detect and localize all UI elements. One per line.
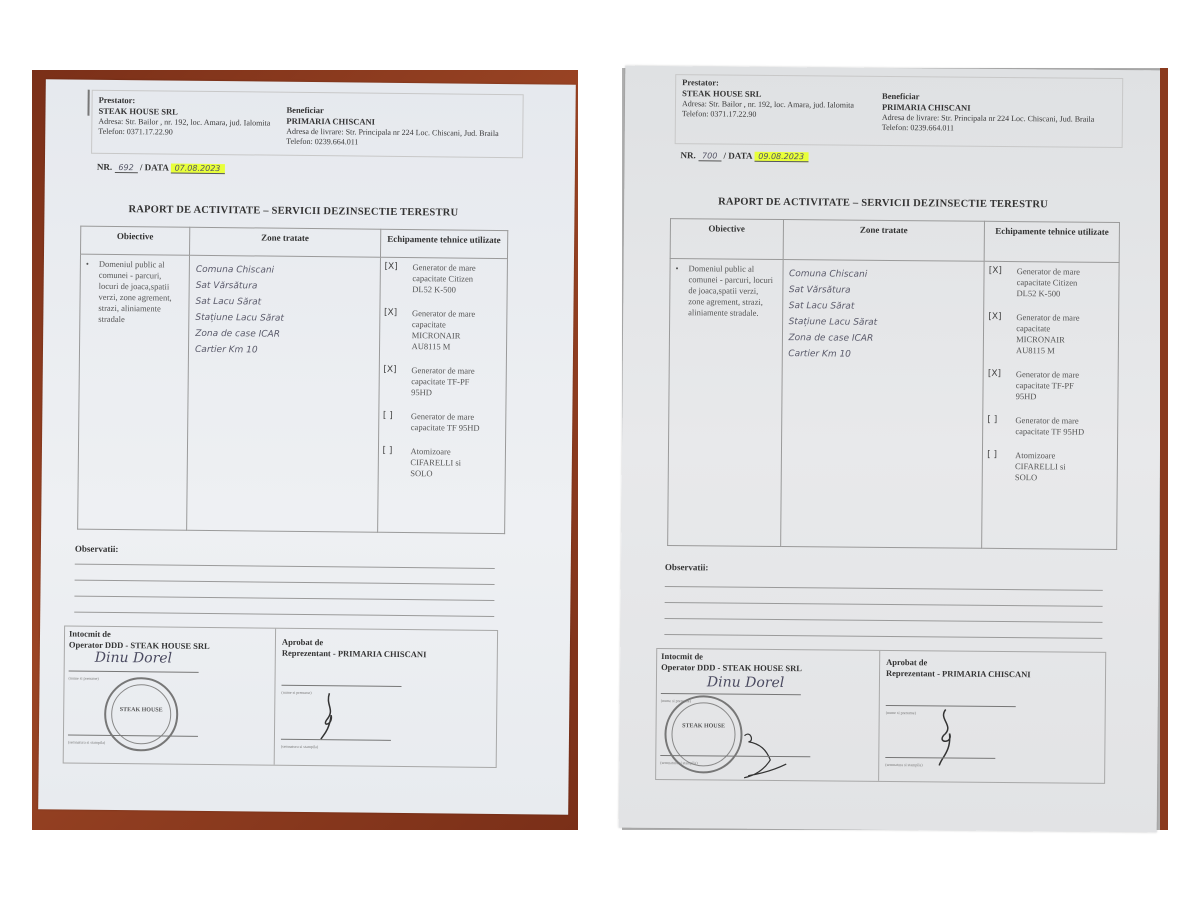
zone-item: Sat Vărsătura xyxy=(789,282,978,300)
beneficiar-heading: Beneficiar xyxy=(286,105,323,115)
equipment-label: Generator de mare capacitate TF 95HD xyxy=(411,411,481,434)
header-obiective: Obiective xyxy=(670,219,783,260)
approved-by-heading: Aprobat de xyxy=(886,657,927,667)
prepared-by-role: Operator DDD - STEAK HOUSE SRL xyxy=(661,662,802,673)
document-photo-right: Prestator: STEAK HOUSE SRL Adresa: Str. … xyxy=(622,68,1168,830)
prestator-heading: Prestator: xyxy=(99,95,136,105)
equipment-cell: [X]Generator de mare capacitate Citizen … xyxy=(982,261,1119,549)
beneficiar-name: PRIMARIA CHISCANI xyxy=(286,116,375,127)
report-number-line: NR. 692 / DATA 07.08.2023 xyxy=(97,162,225,173)
checkbox-mark: [ ] xyxy=(382,446,410,479)
date-value-highlighted: 07.08.2023 xyxy=(171,164,225,175)
observatii-label: Observatii: xyxy=(75,544,119,554)
checkbox-mark: [ ] xyxy=(987,450,1015,483)
beneficiar-block: Beneficiar PRIMARIA CHISCANI Adresa de l… xyxy=(286,105,516,149)
header-echipamente: Echipamente tehnice utilizate xyxy=(984,221,1119,262)
equipment-cell: [X]Generator de mare capacitate Citizen … xyxy=(377,257,507,533)
equipment-label: Generator de mare capacitate Citizen DL5… xyxy=(412,262,482,296)
signature-scribble xyxy=(315,691,346,741)
equipment-item: [X]Generator de mare capacitate MICRONAI… xyxy=(988,312,1114,357)
header-echipamente: Echipamente tehnice utilizate xyxy=(380,229,508,258)
zone-item: Cartier Km 10 xyxy=(195,342,373,360)
activity-table: Obiective Zone tratate Echipamente tehni… xyxy=(77,226,508,534)
beneficiar-phone: Telefon: 0239.664.011 xyxy=(882,123,954,133)
header-box: Prestator: STEAK HOUSE SRL Adresa: Str. … xyxy=(91,90,524,159)
prestator-address: Adresa: Str. Bailor , nr. 192, loc. Amar… xyxy=(682,99,854,110)
equipment-item: [X]Generator de mare capacitate TF-PF 95… xyxy=(988,369,1114,403)
checkbox-mark: [X] xyxy=(384,262,412,295)
observatii-line xyxy=(665,586,1103,591)
name-caption: (nume si prenume) xyxy=(281,687,311,698)
checkbox-mark: [ ] xyxy=(383,411,411,433)
report-page: Prestator: STEAK HOUSE SRL Adresa: Str. … xyxy=(38,79,576,815)
signature-caption: (semnatura si stampila) xyxy=(660,757,697,768)
nr-label: NR. xyxy=(681,150,696,160)
observatii-line xyxy=(74,596,494,601)
equipment-item: [X]Generator de mare capacitate MICRONAI… xyxy=(384,308,503,353)
objective-cell: Domeniul public al comunei - parcuri, lo… xyxy=(78,254,190,530)
equipment-label: Generator de mare capacitate TF-PF 95HD xyxy=(411,365,481,399)
checkbox-mark: [X] xyxy=(988,312,1016,356)
header-obiective: Obiective xyxy=(81,226,190,255)
header-zone-tratate: Zone tratate xyxy=(190,227,381,257)
equipment-item: [ ]Atomizoare CIFARELLI si SOLO xyxy=(987,450,1113,484)
prestator-phone: Telefon: 0371.17.22.90 xyxy=(98,127,173,137)
header-zone-tratate: Zone tratate xyxy=(783,220,985,262)
date-label: / DATA xyxy=(724,151,753,161)
company-stamp: STEAK HOUSE xyxy=(104,677,179,752)
prestator-phone: Telefon: 0371.17.22.90 xyxy=(682,109,757,119)
stamp-text: STEAK HOUSE xyxy=(106,705,176,717)
zone-item: Cartier Km 10 xyxy=(788,346,977,364)
checkbox-mark: [X] xyxy=(384,308,412,352)
approved-by-heading: Aprobat de xyxy=(282,637,323,647)
name-caption: (nume si prenume) xyxy=(886,707,916,718)
signature-caption: (semnatura si stampila) xyxy=(281,741,318,752)
objective-cell: Domeniul public al comunei - parcuri, lo… xyxy=(668,259,783,547)
header-box: Prestator: STEAK HOUSE SRL Adresa: Str. … xyxy=(675,74,1124,148)
handwritten-name: Dinu Dorel xyxy=(707,677,784,689)
prestator-name: STEAK HOUSE SRL xyxy=(98,106,177,117)
prepared-by-heading: Intocmit de xyxy=(69,629,111,639)
checkbox-mark: [X] xyxy=(988,369,1016,402)
equipment-label: Generator de mare capacitate TF-PF 95HD xyxy=(1016,369,1086,403)
surface-edge xyxy=(1160,68,1168,830)
observatii-line xyxy=(664,634,1102,639)
name-caption: (nume si prenume) xyxy=(69,673,99,684)
zone-item: Comuna Chiscani xyxy=(196,262,374,280)
signature-box: Intocmit de Operator DDD - STEAK HOUSE S… xyxy=(63,625,498,768)
zone-item: Stațiune Lacu Sărat xyxy=(195,310,373,328)
equipment-label: Generator de mare capacitate Citizen DL5… xyxy=(1017,266,1087,300)
zone-item: Zona de case ICAR xyxy=(195,326,373,344)
prestator-heading: Prestator: xyxy=(682,77,719,87)
checkbox-mark: [X] xyxy=(989,266,1017,299)
nr-value: 700 xyxy=(698,151,721,161)
observatii-label: Observatii: xyxy=(665,562,709,572)
equipment-label: Generator de mare capacitate TF 95HD xyxy=(1015,415,1085,438)
handwritten-name: Dinu Dorel xyxy=(95,653,172,665)
equipment-item: [X]Generator de mare capacitate TF-PF 95… xyxy=(383,365,502,399)
beneficiar-block: Beneficiar PRIMARIA CHISCANI Adresa de l… xyxy=(882,91,1118,135)
checkbox-mark: [ ] xyxy=(987,415,1015,437)
observatii-line xyxy=(75,580,495,585)
report-number-line: NR. 700 / DATA 09.08.2023 xyxy=(681,150,809,161)
prestator-block: Prestator: STEAK HOUSE SRL Adresa: Str. … xyxy=(682,77,872,121)
equipment-label: Generator de mare capacitate MICRONAIR A… xyxy=(412,308,482,353)
equipment-item: [ ]Generator de mare capacitate TF 95HD xyxy=(383,411,502,434)
equipment-label: Atomizoare CIFARELLI si SOLO xyxy=(410,446,480,480)
report-page: Prestator: STEAK HOUSE SRL Adresa: Str. … xyxy=(619,66,1164,833)
binding-mark xyxy=(87,90,89,116)
report-title: RAPORT DE ACTIVITATE – SERVICII DEZINSEC… xyxy=(718,196,1048,210)
nr-label: NR. xyxy=(97,162,112,172)
equipment-item: [X]Generator de mare capacitate Citizen … xyxy=(384,262,503,296)
zone-item: Comuna Chiscani xyxy=(789,266,978,284)
prestator-name: STEAK HOUSE SRL xyxy=(682,88,761,99)
zone-item: Zona de case ICAR xyxy=(788,330,977,348)
prepared-by-heading: Intocmit de xyxy=(661,651,703,661)
zones-cell: Comuna Chiscani Sat Vărsătura Sat Lacu S… xyxy=(187,255,380,532)
nr-value: 692 xyxy=(114,163,137,173)
approved-by-cell: Aprobat de Reprezentant - PRIMARIA CHISC… xyxy=(274,629,497,767)
equipment-label: Generator de mare capacitate MICRONAIR A… xyxy=(1016,312,1086,357)
signature-caption: (semnatura si stampila) xyxy=(885,759,922,770)
beneficiar-phone: Telefon: 0239.664.011 xyxy=(286,137,358,147)
approved-by-role: Reprezentant - PRIMARIA CHISCANI xyxy=(886,668,1031,679)
prepared-by-cell: Intocmit de Operator DDD - STEAK HOUSE S… xyxy=(656,649,879,781)
observatii-line xyxy=(75,564,495,569)
zones-cell: Comuna Chiscani Sat Vărsătura Sat Lacu S… xyxy=(780,260,984,549)
document-photo-left: Prestator: STEAK HOUSE SRL Adresa: Str. … xyxy=(32,70,578,830)
equipment-label: Atomizoare CIFARELLI si SOLO xyxy=(1015,450,1085,484)
zone-item: Sat Lacu Sărat xyxy=(195,294,373,312)
date-label: / DATA xyxy=(140,162,169,172)
observatii-line xyxy=(665,618,1103,623)
approved-by-cell: Aprobat de Reprezentant - PRIMARIA CHISC… xyxy=(878,651,1105,783)
approved-by-role: Reprezentant - PRIMARIA CHISCANI xyxy=(282,648,427,660)
prestator-block: Prestator: STEAK HOUSE SRL Adresa: Str. … xyxy=(98,95,283,139)
equipment-item: [X]Generator de mare capacitate Citizen … xyxy=(989,266,1115,300)
signature-box: Intocmit de Operator DDD - STEAK HOUSE S… xyxy=(655,648,1106,784)
date-value-highlighted: 09.08.2023 xyxy=(754,152,808,162)
observatii-line xyxy=(665,602,1103,607)
observatii-line xyxy=(74,612,494,617)
beneficiar-name: PRIMARIA CHISCANI xyxy=(882,102,971,113)
prepared-by-cell: Intocmit de Operator DDD - STEAK HOUSE S… xyxy=(64,626,275,764)
beneficiar-heading: Beneficiar xyxy=(882,91,919,101)
stamp-text: STEAK HOUSE xyxy=(667,721,741,733)
prestator-address: Adresa: Str. Bailor , nr. 192, loc. Amar… xyxy=(98,117,270,128)
zone-item: Sat Vărsătura xyxy=(196,278,374,296)
equipment-item: [ ]Generator de mare capacitate TF 95HD xyxy=(987,415,1113,438)
equipment-item: [ ]Atomizoare CIFARELLI si SOLO xyxy=(382,446,501,480)
report-title: RAPORT DE ACTIVITATE – SERVICII DEZINSEC… xyxy=(128,204,458,218)
zone-item: Sat Lacu Sărat xyxy=(789,298,978,316)
checkbox-mark: [X] xyxy=(383,365,411,398)
activity-table: Obiective Zone tratate Echipamente tehni… xyxy=(667,218,1120,550)
signature-caption: (semnatura si stampila) xyxy=(68,737,105,748)
beneficiar-address: Adresa de livrare: Str. Principala nr 22… xyxy=(882,113,1094,124)
zone-item: Stațiune Lacu Sărat xyxy=(789,314,978,332)
